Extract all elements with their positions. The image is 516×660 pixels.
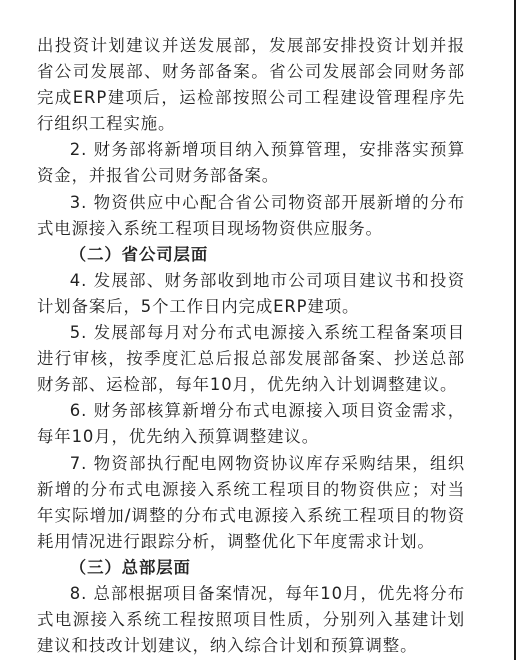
paragraph-item-7: 7. 物资部执行配电网物资协议库存采购结果，组织新增的分布式电源接入系统工程项目… bbox=[37, 451, 465, 555]
paragraph-item-2: 2. 财务部将新增项目纳入预算管理，安排落实预算资金，并报省公司财务部备案。 bbox=[37, 137, 465, 189]
section-heading-provincial: （二）省公司层面 bbox=[37, 242, 465, 268]
paragraph-continuation: 出投资计划建议并送发展部，发展部安排投资计划并报省公司发展部、财务部备案。省公司… bbox=[37, 33, 465, 137]
document-page: 出投资计划建议并送发展部，发展部安排投资计划并报省公司发展部、财务部备案。省公司… bbox=[0, 0, 514, 660]
paragraph-item-6: 6. 财务部核算新增分布式电源接入项目资金需求，每年10月，优先纳入预算调整建议… bbox=[37, 398, 465, 450]
paragraph-item-8: 8. 总部根据项目备案情况，每年10月，优先将分布式电源接入系统工程按照项目性质… bbox=[37, 581, 465, 659]
paragraph-item-4: 4. 发展部、财务部收到地市公司项目建议书和投资计划备案后，5个工作日内完成ER… bbox=[37, 268, 465, 320]
paragraph-item-3: 3. 物资供应中心配合省公司物资部开展新增的分布式电源接入系统工程项目现场物资供… bbox=[37, 190, 465, 242]
section-heading-headquarters: （三）总部层面 bbox=[37, 555, 465, 581]
document-body: 出投资计划建议并送发展部，发展部安排投资计划并报省公司发展部、财务部备案。省公司… bbox=[37, 33, 465, 659]
paragraph-item-5: 5. 发展部每月对分布式电源接入系统工程备案项目进行审核，按季度汇总后报总部发展… bbox=[37, 320, 465, 398]
